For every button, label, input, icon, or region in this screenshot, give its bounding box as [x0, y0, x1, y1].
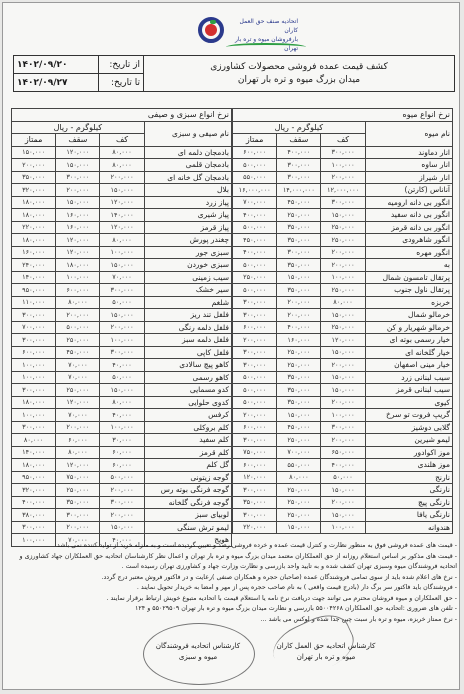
price-max: ۳۰۰,۰۰۰: [277, 246, 321, 259]
price-min: ۶۵۰,۰۰۰: [321, 446, 365, 459]
item-name: نارنج: [365, 471, 452, 484]
price-min: ۱۵۰,۰۰۰: [100, 384, 144, 397]
signature-right-line-2: میوه و تره بار تهران: [271, 652, 381, 663]
table-row: پیاز زرد۱۲۰,۰۰۰۱۵۰,۰۰۰۱۸۰,۰۰۰: [12, 196, 232, 209]
price-premium: ۹۵۰,۰۰۰: [12, 284, 56, 297]
price-premium: ۳۰۰,۰۰۰: [233, 484, 277, 497]
table-row: بلال۱۵۰,۰۰۰۲۰۰,۰۰۰۳۲۰,۰۰۰: [12, 184, 232, 197]
table-row: نارنگی یافا۱۵۰,۰۰۰۲۵۰,۰۰۰۳۰۰,۰۰۰: [233, 509, 453, 522]
fruit-name-header: نام میوه: [365, 121, 452, 146]
price-max: ۲۵۰,۰۰۰: [277, 496, 321, 509]
price-max: ۲۵۰,۰۰۰: [277, 359, 321, 372]
item-name: فلفل تند ریز: [144, 309, 231, 322]
price-premium: ۴۰۰,۰۰۰: [12, 496, 56, 509]
price-premium: ۷۵۰,۰۰۰: [233, 446, 277, 459]
table-row: فلفل دلمه سبز۱۰۰,۰۰۰۲۵۰,۰۰۰۳۰۰,۰۰۰: [12, 334, 232, 347]
price-min: ۲۰۰,۰۰۰: [321, 259, 365, 272]
veg-col-max: سقف: [56, 134, 100, 147]
item-name: انار دماوند: [365, 146, 452, 159]
table-row: بادمجان گل خانه ای۲۰۰,۰۰۰۳۰۰,۰۰۰۳۵۰,۰۰۰: [12, 171, 232, 184]
table-row: نارنگی۱۵۰,۰۰۰۲۵۰,۰۰۰۳۰۰,۰۰۰: [233, 484, 453, 497]
price-min: ۸۰,۰۰۰: [100, 234, 144, 247]
price-min: ۱۰۰,۰۰۰: [100, 334, 144, 347]
table-row: پرتقال ناول جنوب۲۵۰,۰۰۰۳۵۰,۰۰۰۵۰۰,۰۰۰: [233, 284, 453, 297]
item-name: گریپ فروت تو سرخ: [365, 409, 452, 422]
table-row: خرمالو شهریار و کن۲۵۰,۰۰۰۴۰۰,۰۰۰۶۰۰,۰۰۰: [233, 321, 453, 334]
item-name: انگور بی دانه قرمز: [365, 221, 452, 234]
table-row: خربزه۸۰,۰۰۰۲۰۰,۰۰۰۳۰۰,۰۰۰: [233, 296, 453, 309]
price-min: ۳۰۰,۰۰۰: [321, 421, 365, 434]
price-premium: ۱۸۰,۰۰۰: [12, 196, 56, 209]
table-row: گریپ فروت تو سرخ۱۰۰,۰۰۰۱۵۰,۰۰۰۲۰۰,۰۰۰: [233, 409, 453, 422]
table-row: سیب زمینی۷۰,۰۰۰۱۰۰,۰۰۰۱۴۰,۰۰۰: [12, 271, 232, 284]
to-date: ۱۴۰۲/۰۹/۲۷: [14, 74, 99, 92]
vegetable-price-table: نرخ انواع سبزی و صیفی نام صیفی و سبزی کی…: [11, 108, 232, 547]
price-premium: ۳۰۰,۰۰۰: [233, 434, 277, 447]
table-row: پیاز شیری۱۴۰,۰۰۰۱۶۰,۰۰۰۱۸۰,۰۰۰: [12, 209, 232, 222]
price-max: ۴۵۰,۰۰۰: [277, 196, 321, 209]
price-premium: ۷۰۰,۰۰۰: [12, 321, 56, 334]
price-premium: ۸۰,۰۰۰: [12, 434, 56, 447]
item-name: کدو مسمایی: [144, 384, 231, 397]
from-date: ۱۴۰۲/۰۹/۲۰: [14, 56, 99, 74]
table-row: گلابی دوشیز۳۰۰,۰۰۰۴۵۰,۰۰۰۶۰۰,۰۰۰: [233, 421, 453, 434]
price-premium: ۶۰۰,۰۰۰: [233, 459, 277, 472]
table-row: موز اکوادور۶۵۰,۰۰۰۷۰۰,۰۰۰۷۵۰,۰۰۰: [233, 446, 453, 459]
item-name: گلابی دوشیز: [365, 421, 452, 434]
item-name: سبزی خوردن: [144, 259, 231, 272]
price-premium: ۵۰۰,۰۰۰: [233, 221, 277, 234]
table-row: خیار رسمی بوته ای۱۲۰,۰۰۰۱۶۰,۰۰۰۲۰۰,۰۰۰: [233, 334, 453, 347]
table-row: گل کلم۶۰,۰۰۰۱۲۰,۰۰۰۱۸۰,۰۰۰: [12, 459, 232, 472]
veg-col-min: کف: [100, 134, 144, 147]
table-row: سیب لبنانی قرمز۱۵۰,۰۰۰۳۵۰,۰۰۰۵۰۰,۰۰۰: [233, 384, 453, 397]
price-min: ۲۰۰,۰۰۰: [100, 321, 144, 334]
price-min: ۱۰۰,۰۰۰: [100, 246, 144, 259]
item-name: شلغم: [144, 296, 231, 309]
item-name: نارنگی یافا: [365, 509, 452, 522]
item-name: بادمجان گل خانه ای: [144, 171, 231, 184]
veg-unit-header: کیلوگرم - ریال: [12, 121, 145, 134]
item-name: خیار مینی اصفهان: [365, 359, 452, 372]
price-max: ۳۵۰,۰۰۰: [277, 371, 321, 384]
price-max: ۳۵۰,۰۰۰: [277, 284, 321, 297]
footnote-line: - تلفن های ضروری :اتحادیه حق العملکاران …: [13, 604, 457, 615]
price-max: ۳۵۰,۰۰۰: [277, 234, 321, 247]
price-min: ۳۰۰,۰۰۰: [100, 284, 144, 297]
price-min: ۲۰۰,۰۰۰: [321, 246, 365, 259]
price-premium: ۲۴۰,۰۰۰: [12, 259, 56, 272]
price-min: ۲۵۰,۰۰۰: [321, 221, 365, 234]
table-row: کیوی۲۰۰,۰۰۰۳۵۰,۰۰۰۵۰۰,۰۰۰: [233, 396, 453, 409]
price-min: ۳۰۰,۰۰۰: [100, 496, 144, 509]
item-name: بادمجان دلمه ای: [144, 146, 231, 159]
signature-right-line-1: کارشناس اتحادیه حق العمل کاران: [271, 641, 381, 652]
price-premium: ۳۲۰,۰۰۰: [12, 184, 56, 197]
table-row: انار ساوه۱۰۰,۰۰۰۳۰۰,۰۰۰۵۰۰,۰۰۰: [233, 159, 453, 172]
table-row: پیاز قرمز۱۲۰,۰۰۰۱۶۰,۰۰۰۲۲۰,۰۰۰: [12, 221, 232, 234]
price-min: ۳۰,۰۰۰: [100, 434, 144, 447]
price-premium: ۲۲۰,۰۰۰: [12, 221, 56, 234]
price-premium: ۲۰۰,۰۰۰: [233, 409, 277, 422]
price-max: ۳۰۰,۰۰۰: [277, 159, 321, 172]
title-line-2: میدان بزرگ میوه و تره بار تهران: [147, 74, 451, 87]
price-min: ۱۲۰,۰۰۰: [321, 334, 365, 347]
price-premium: ۳۰۰,۰۰۰: [12, 309, 56, 322]
price-max: ۲۰۰,۰۰۰: [56, 184, 100, 197]
price-premium: ۳۰۰,۰۰۰: [233, 296, 277, 309]
price-min: ۱۰۰,۰۰۰: [321, 409, 365, 422]
table-row: سیر خشک۳۰۰,۰۰۰۶۰۰,۰۰۰۹۵۰,۰۰۰: [12, 284, 232, 297]
price-premium: ۱۶۰,۰۰۰: [12, 246, 56, 259]
item-name: چغندر پورش: [144, 234, 231, 247]
price-premium: ۳۰۰,۰۰۰: [233, 346, 277, 359]
price-max: ۱۴,۰۰۰,۰۰۰: [277, 184, 321, 197]
footnote-line: - قیمت های عمده فروشی فوق به منظور نظارت…: [13, 541, 457, 552]
price-max: ۲۵۰,۰۰۰: [277, 346, 321, 359]
table-row: کاهو پیچ سالادی۴۰,۰۰۰۷۰,۰۰۰۱۰۰,۰۰۰: [12, 359, 232, 372]
price-max: ۴۵۰,۰۰۰: [56, 346, 100, 359]
price-min: ۲۰۰,۰۰۰: [321, 171, 365, 184]
price-min: ۷۰,۰۰۰: [100, 271, 144, 284]
table-row: لیمو شیرین۲۰۰,۰۰۰۲۵۰,۰۰۰۳۰۰,۰۰۰: [233, 434, 453, 447]
table-row: انار دماوند۳۰۰,۰۰۰۴۰۰,۰۰۰۶۰۰,۰۰۰: [233, 146, 453, 159]
price-min: ۱۲۰,۰۰۰: [100, 196, 144, 209]
price-max: ۱۵۰,۰۰۰: [277, 521, 321, 534]
document-header: کشف قیمت عمده فروشی محصولات کشاورزی میدا…: [13, 55, 455, 92]
price-premium: ۳۰۰,۰۰۰: [233, 509, 277, 522]
price-max: ۱۸۰,۰۰۰: [56, 259, 100, 272]
price-min: ۱۵۰,۰۰۰: [321, 484, 365, 497]
price-min: ۶۰,۰۰۰: [100, 446, 144, 459]
price-min: ۱۰۰,۰۰۰: [321, 271, 365, 284]
table-row: انگور مهره۲۰۰,۰۰۰۳۰۰,۰۰۰۴۰۰,۰۰۰: [233, 246, 453, 259]
price-max: ۶۰,۰۰۰: [56, 434, 100, 447]
item-name: سیب لبنانی زرد: [365, 371, 452, 384]
item-name: کرفس: [144, 409, 231, 422]
table-row: گوجه فرنگی گلخانه۳۰۰,۰۰۰۳۵۰,۰۰۰۴۰۰,۰۰۰: [12, 496, 232, 509]
price-max: ۶۰۰,۰۰۰: [56, 284, 100, 297]
item-name: کلم قرمز: [144, 446, 231, 459]
price-max: ۱۲۰,۰۰۰: [56, 246, 100, 259]
price-max: ۲۵۰,۰۰۰: [56, 384, 100, 397]
price-min: ۱۵۰,۰۰۰: [100, 184, 144, 197]
item-name: سبزی جور: [144, 246, 231, 259]
price-premium: ۲۵۰,۰۰۰: [233, 271, 277, 284]
price-min: ۱۵۰,۰۰۰: [321, 346, 365, 359]
item-name: هندوانه: [365, 521, 452, 534]
item-name: انگور بی دانه ارومیه: [365, 196, 452, 209]
item-name: پرتقال تامسون شمال: [365, 271, 452, 284]
table-row: کدو مسمایی۱۵۰,۰۰۰۲۵۰,۰۰۰۳۰۰,۰۰۰: [12, 384, 232, 397]
price-premium: ۳۰۰,۰۰۰: [12, 521, 56, 534]
price-min: ۸۰,۰۰۰: [100, 146, 144, 159]
price-premium: ۳۰۰,۰۰۰: [12, 421, 56, 434]
table-row: انگور شاهرودی۲۵۰,۰۰۰۳۵۰,۰۰۰۴۵۰,۰۰۰: [233, 234, 453, 247]
price-premium: ۴۵۰,۰۰۰: [233, 234, 277, 247]
table-row: فلفل دلمه رنگی۲۰۰,۰۰۰۵۰۰,۰۰۰۷۰۰,۰۰۰: [12, 321, 232, 334]
price-max: ۲۵۰,۰۰۰: [277, 434, 321, 447]
table-row: نارنج۵۰,۰۰۰۸۰,۰۰۰۱۲۰,۰۰۰: [233, 471, 453, 484]
price-max: ۷۵۰,۰۰۰: [56, 471, 100, 484]
price-min: ۸۰,۰۰۰: [100, 396, 144, 409]
fruit-col-min: کف: [321, 134, 365, 147]
price-premium: ۶۰۰,۰۰۰: [233, 421, 277, 434]
price-max: ۳۵۰,۰۰۰: [277, 221, 321, 234]
item-name: بادمجان قلمی: [144, 159, 231, 172]
price-premium: ۱۰۰,۰۰۰: [12, 371, 56, 384]
price-max: ۲۰۰,۰۰۰: [56, 309, 100, 322]
price-premium: ۳۰۰,۰۰۰: [12, 384, 56, 397]
price-premium: ۱۰۰,۰۰۰: [12, 359, 56, 372]
price-max: ۲۵۰,۰۰۰: [277, 509, 321, 522]
apple-icon: [205, 24, 217, 36]
price-premium: ۵۰۰,۰۰۰: [233, 159, 277, 172]
item-name: خرمالو شمال: [365, 309, 452, 322]
table-row: لیمو ترش سنگی۱۵۰,۰۰۰۲۰۰,۰۰۰۳۰۰,۰۰۰: [12, 521, 232, 534]
document-title: کشف قیمت عمده فروشی محصولات کشاورزی میدا…: [144, 56, 455, 92]
price-min: ۱۵۰,۰۰۰: [321, 509, 365, 522]
table-row: کلم بروکلی۱۰۰,۰۰۰۲۰۰,۰۰۰۳۰۰,۰۰۰: [12, 421, 232, 434]
price-min: ۱۲۰,۰۰۰: [100, 221, 144, 234]
item-name: لیمو شیرین: [365, 434, 452, 447]
signature-left: کارشناس اتحادیه فروشندگان میوه و سبزی: [143, 641, 253, 663]
table-row: به۲۰۰,۰۰۰۳۵۰,۰۰۰۵۰۰,۰۰۰: [233, 259, 453, 272]
price-max: ۱۲۰,۰۰۰: [56, 146, 100, 159]
item-name: آناناس (کارتن): [365, 184, 452, 197]
price-max: ۲۰۰,۰۰۰: [277, 296, 321, 309]
price-min: ۱۵۰,۰۰۰: [321, 371, 365, 384]
price-max: ۷۰۰,۰۰۰: [277, 446, 321, 459]
leaf-icon: [210, 20, 216, 24]
table-row: فلفل کاپی۳۰۰,۰۰۰۴۵۰,۰۰۰۶۰۰,۰۰۰: [12, 346, 232, 359]
item-name: پیاز قرمز: [144, 221, 231, 234]
price-min: ۸۰,۰۰۰: [321, 296, 365, 309]
price-max: ۱۲۰,۰۰۰: [56, 396, 100, 409]
price-max: ۲۰۰,۰۰۰: [277, 309, 321, 322]
table-row: آناناس (کارتن)۱۲,۰۰۰,۰۰۰۱۴,۰۰۰,۰۰۰۱۶,۰۰۰…: [233, 184, 453, 197]
price-min: ۴۰,۰۰۰: [100, 359, 144, 372]
price-max: ۸۰,۰۰۰: [56, 296, 100, 309]
price-min: ۱۰۰,۰۰۰: [100, 421, 144, 434]
to-date-label: تا تاریخ:: [99, 74, 144, 92]
price-document: اتحادیه صنف حق العمل کاران بارفروشان میو…: [2, 2, 460, 690]
from-date-label: از تاریخ:: [99, 56, 144, 74]
price-premium: ۵۰۰,۰۰۰: [233, 384, 277, 397]
item-name: به: [365, 259, 452, 272]
price-min: ۵۰,۰۰۰: [321, 471, 365, 484]
price-max: ۳۵۰,۰۰۰: [56, 496, 100, 509]
price-min: ۲۰۰,۰۰۰: [321, 434, 365, 447]
footnote-line: - نرخ ممتاز خربزه، میوه و تره بار سبت چی…: [13, 615, 457, 626]
price-max: ۷۰,۰۰۰: [56, 371, 100, 384]
price-min: ۲۵۰,۰۰۰: [321, 284, 365, 297]
price-premium: ۱۶,۰۰۰,۰۰۰: [233, 184, 277, 197]
footnote-line: - نرخ های اعلام شده باید از سوی تمامی فر…: [13, 573, 457, 584]
table-row: فلفل تند ریز۱۵۰,۰۰۰۲۰۰,۰۰۰۳۰۰,۰۰۰: [12, 309, 232, 322]
footnote-line: - حق العملکاران و میوه فروشان محترم می ت…: [13, 594, 457, 605]
item-name: کیوی: [365, 396, 452, 409]
price-premium: ۱۴۰,۰۰۰: [12, 271, 56, 284]
footnote-line: - قیمت های مذکور بر اساس استعلام روزانه …: [13, 552, 457, 573]
signature-left-line-2: میوه و سبزی: [143, 652, 253, 663]
table-row: سبزی خوردن۱۵۰,۰۰۰۱۸۰,۰۰۰۲۴۰,۰۰۰: [12, 259, 232, 272]
price-min: ۲۰۰,۰۰۰: [100, 484, 144, 497]
price-premium: ۷۰۰,۰۰۰: [233, 196, 277, 209]
price-min: ۲۰۰,۰۰۰: [321, 496, 365, 509]
table-row: نارنگی پیچ۲۰۰,۰۰۰۲۵۰,۰۰۰۳۵۰,۰۰۰: [233, 496, 453, 509]
price-min: ۲۵۰,۰۰۰: [321, 234, 365, 247]
price-premium: ۳۰۰,۰۰۰: [233, 309, 277, 322]
price-premium: ۱۵۰,۰۰۰: [12, 146, 56, 159]
price-max: ۴۰۰,۰۰۰: [277, 146, 321, 159]
price-max: ۷۰,۰۰۰: [56, 359, 100, 372]
table-row: بادمجان قلمی۸۰,۰۰۰۱۵۰,۰۰۰۲۰۰,۰۰۰: [12, 159, 232, 172]
signature-right: کارشناس اتحادیه حق العمل کاران میوه و تر…: [271, 641, 381, 663]
price-max: ۱۵۰,۰۰۰: [56, 196, 100, 209]
item-name: انگور بی دانه سفید: [365, 209, 452, 222]
item-name: کدوی حلوایی: [144, 396, 231, 409]
table-row: انار شیراز۲۰۰,۰۰۰۳۰۰,۰۰۰۵۵۰,۰۰۰: [233, 171, 453, 184]
table-row: گوجه زیتونی۵۰۰,۰۰۰۷۵۰,۰۰۰۹۵۰,۰۰۰: [12, 471, 232, 484]
item-name: فلفل دلمه رنگی: [144, 321, 231, 334]
price-max: ۳۰۰,۰۰۰: [277, 171, 321, 184]
item-name: فلفل کاپی: [144, 346, 231, 359]
table-row: خیار گلخانه ای۱۵۰,۰۰۰۲۵۰,۰۰۰۳۰۰,۰۰۰: [233, 346, 453, 359]
price-premium: ۳۰۰,۰۰۰: [233, 359, 277, 372]
price-premium: ۳۲۰,۰۰۰: [12, 484, 56, 497]
price-max: ۵۰۰,۰۰۰: [56, 321, 100, 334]
price-premium: ۳۵۰,۰۰۰: [233, 496, 277, 509]
item-name: خیار رسمی بوته ای: [365, 334, 452, 347]
item-name: لوبیای سبز: [144, 509, 231, 522]
price-max: ۲۰۰,۰۰۰: [56, 421, 100, 434]
price-max: ۱۰۰,۰۰۰: [56, 271, 100, 284]
price-premium: ۱۸۰,۰۰۰: [12, 209, 56, 222]
swoosh-icon: [226, 43, 306, 51]
footnote-line: - فروشندگان باید فاکتور سر برگ دار (بادر…: [13, 583, 457, 594]
price-min: ۸۰,۰۰۰: [100, 159, 144, 172]
price-min: ۱۵۰,۰۰۰: [100, 309, 144, 322]
price-min: ۱۰۰,۰۰۰: [321, 521, 365, 534]
price-min: ۵۰,۰۰۰: [100, 296, 144, 309]
price-max: ۴۵۰,۰۰۰: [277, 421, 321, 434]
price-premium: ۱۸۰,۰۰۰: [12, 396, 56, 409]
table-row: سبزی جور۱۰۰,۰۰۰۱۲۰,۰۰۰۱۶۰,۰۰۰: [12, 246, 232, 259]
price-max: ۴۰۰,۰۰۰: [277, 321, 321, 334]
item-name: بلال: [144, 184, 231, 197]
price-max: ۲۵۰,۰۰۰: [277, 209, 321, 222]
price-min: ۲۰۰,۰۰۰: [100, 171, 144, 184]
price-premium: ۳۵۰,۰۰۰: [12, 171, 56, 184]
item-name: پرتقال ناول جنوب: [365, 284, 452, 297]
fruit-price-table: نرخ انواع میوه نام میوه کیلوگرم - ریال ک…: [232, 108, 453, 534]
item-name: گوجه فرنگی گلخانه: [144, 496, 231, 509]
price-max: ۸۰,۰۰۰: [56, 446, 100, 459]
table-row: سیب لبنانی زرد۱۵۰,۰۰۰۳۵۰,۰۰۰۵۰۰,۰۰۰: [233, 371, 453, 384]
price-premium: ۱۲۰,۰۰۰: [233, 471, 277, 484]
price-premium: ۳۰۰,۰۰۰: [12, 334, 56, 347]
item-name: گل کلم: [144, 459, 231, 472]
price-max: ۱۵۰,۰۰۰: [277, 271, 321, 284]
price-premium: ۱۱۰,۰۰۰: [12, 296, 56, 309]
table-row: کلم قرمز۶۰,۰۰۰۸۰,۰۰۰۱۴۰,۰۰۰: [12, 446, 232, 459]
item-name: پیاز زرد: [144, 196, 231, 209]
price-premium: ۴۰۰,۰۰۰: [233, 246, 277, 259]
table-row: بادمجان دلمه ای۸۰,۰۰۰۱۲۰,۰۰۰۱۵۰,۰۰۰: [12, 146, 232, 159]
item-name: نارنگی پیچ: [365, 496, 452, 509]
price-min: ۱۵۰,۰۰۰: [321, 384, 365, 397]
item-name: لیمو ترش سنگی: [144, 521, 231, 534]
price-max: ۱۵۰,۰۰۰: [277, 409, 321, 422]
fruit-col-premium: ممتاز: [233, 134, 277, 147]
price-min: ۱۰۰,۰۰۰: [321, 159, 365, 172]
price-max: ۵۵۰,۰۰۰: [277, 459, 321, 472]
table-row: گوجه فرنگی بوته رس۲۰۰,۰۰۰۲۵۰,۰۰۰۳۲۰,۰۰۰: [12, 484, 232, 497]
item-name: انگور مهره: [365, 246, 452, 259]
price-min: ۳۰۰,۰۰۰: [100, 346, 144, 359]
price-min: ۲۰۰,۰۰۰: [321, 396, 365, 409]
price-max: ۷۰,۰۰۰: [56, 409, 100, 422]
table-row: پرتقال تامسون شمال۱۰۰,۰۰۰۱۵۰,۰۰۰۲۵۰,۰۰۰: [233, 271, 453, 284]
table-row: هندوانه۱۰۰,۰۰۰۱۵۰,۰۰۰۲۲۰,۰۰۰: [233, 521, 453, 534]
fruit-unit-header: کیلوگرم - ریال: [233, 121, 366, 134]
price-premium: ۲۲۰,۰۰۰: [233, 521, 277, 534]
price-min: ۲۵۰,۰۰۰: [321, 321, 365, 334]
table-row: شلغم۵۰,۰۰۰۸۰,۰۰۰۱۱۰,۰۰۰: [12, 296, 232, 309]
price-premium: ۵۰۰,۰۰۰: [233, 259, 277, 272]
price-premium: ۶۰۰,۰۰۰: [12, 346, 56, 359]
veg-rows: بادمجان دلمه ای۸۰,۰۰۰۱۲۰,۰۰۰۱۵۰,۰۰۰بادمج…: [12, 146, 232, 546]
price-premium: ۶۰۰,۰۰۰: [233, 321, 277, 334]
item-name: کلم بروکلی: [144, 421, 231, 434]
item-name: انار ساوه: [365, 159, 452, 172]
item-name: انگور شاهرودی: [365, 234, 452, 247]
logo-line-1: اتحادیه صنف حق العمل کاران: [228, 17, 298, 35]
price-min: ۴۰۰,۰۰۰: [321, 459, 365, 472]
price-premium: ۱۰۰,۰۰۰: [12, 409, 56, 422]
table-row: چغندر پورش۸۰,۰۰۰۱۲۰,۰۰۰۱۸۰,۰۰۰: [12, 234, 232, 247]
price-premium: ۲۰۰,۰۰۰: [233, 334, 277, 347]
price-min: ۱۵۰,۰۰۰: [100, 521, 144, 534]
table-row: انگور بی دانه قرمز۲۵۰,۰۰۰۳۵۰,۰۰۰۵۰۰,۰۰۰: [233, 221, 453, 234]
price-max: ۲۰۰,۰۰۰: [56, 521, 100, 534]
union-logo: اتحادیه صنف حق العمل کاران بارفروشان میو…: [198, 11, 318, 55]
item-name: خربزه: [365, 296, 452, 309]
item-name: خرمالو شهریار و کن: [365, 321, 452, 334]
price-max: ۳۵۰,۰۰۰: [277, 396, 321, 409]
item-name: سیب لبنانی قرمز: [365, 384, 452, 397]
price-min: ۴۰,۰۰۰: [100, 409, 144, 422]
price-premium: ۱۴۰,۰۰۰: [12, 446, 56, 459]
price-max: ۸۰,۰۰۰: [277, 471, 321, 484]
fruit-section-title: نرخ انواع میوه: [233, 109, 453, 122]
price-max: ۱۶۰,۰۰۰: [56, 209, 100, 222]
table-row: لوبیای سبز۲۰۰,۰۰۰۳۰۰,۰۰۰۳۸۰,۰۰۰: [12, 509, 232, 522]
item-name: گوجه فرنگی بوته رس: [144, 484, 231, 497]
table-row: انگور بی دانه ارومیه۳۰۰,۰۰۰۴۵۰,۰۰۰۷۰۰,۰۰…: [233, 196, 453, 209]
footnotes: - قیمت های عمده فروشی فوق به منظور نظارت…: [13, 541, 457, 625]
price-max: ۱۵۰,۰۰۰: [56, 159, 100, 172]
price-min: ۲۰۰,۰۰۰: [321, 359, 365, 372]
item-name: گوجه زیتونی: [144, 471, 231, 484]
price-min: ۲۰۰,۰۰۰: [100, 509, 144, 522]
price-min: ۱۵۰,۰۰۰: [321, 209, 365, 222]
item-name: سیب زمینی: [144, 271, 231, 284]
price-premium: ۵۰۰,۰۰۰: [233, 396, 277, 409]
table-row: خرمالو شمال۱۵۰,۰۰۰۲۰۰,۰۰۰۳۰۰,۰۰۰: [233, 309, 453, 322]
table-row: کلم سفید۳۰,۰۰۰۶۰,۰۰۰۸۰,۰۰۰: [12, 434, 232, 447]
